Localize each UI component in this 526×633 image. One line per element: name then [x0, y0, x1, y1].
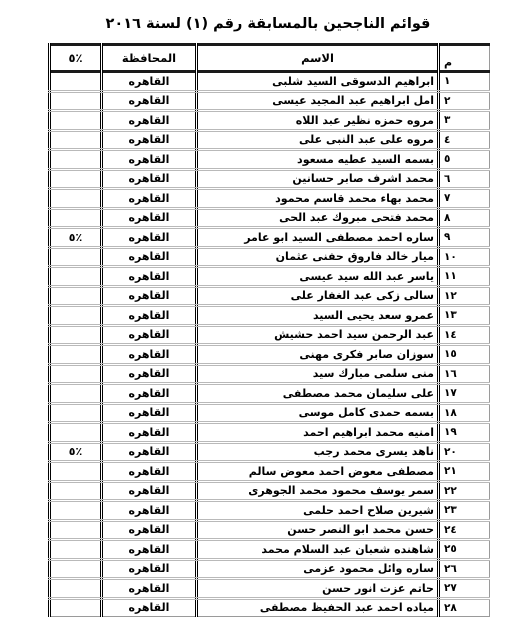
cell-name: بسمه حمدى كامل موسى — [197, 403, 439, 423]
cell-name: ابراهيم الدسوقى السيد شلبى — [197, 72, 439, 92]
header-number: م — [439, 45, 490, 72]
cell-name: ناهد يسرى محمد رجب — [197, 442, 439, 462]
cell-name: شيرين صلاح احمد حلمى — [197, 501, 439, 521]
header-percent: ٥٪ — [50, 45, 102, 72]
cell-governorate: القاهره — [102, 423, 197, 443]
cell-governorate: القاهره — [102, 540, 197, 560]
cell-percent — [50, 208, 102, 228]
cell-number: ٣ — [439, 111, 490, 131]
cell-percent — [50, 579, 102, 599]
table-row: ١٠ميار خالد فاروق حفنى عثمانالقاهره — [50, 247, 490, 267]
cell-name: سالى زكى عبد الغفار على — [197, 286, 439, 306]
cell-percent — [50, 462, 102, 482]
cell-name: منى سلمى مبارك سيد — [197, 364, 439, 384]
winners-table: م الاسم المحافظة ٥٪ ١ابراهيم الدسوقى الس… — [48, 43, 490, 617]
cell-name: بسمه السيد عطيه مسعود — [197, 150, 439, 170]
table-row: ٢١مصطفى معوض احمد معوض سالمالقاهره — [50, 462, 490, 482]
cell-governorate: القاهره — [102, 384, 197, 404]
cell-number: ١٤ — [439, 325, 490, 345]
cell-governorate: القاهره — [102, 364, 197, 384]
table-row: ٧محمد بهاء محمد قاسم محمودالقاهره — [50, 189, 490, 209]
table-row: ٢٦ساره وائل محمود عزمىالقاهره — [50, 559, 490, 579]
header-row: م الاسم المحافظة ٥٪ — [50, 45, 490, 72]
cell-governorate: القاهره — [102, 247, 197, 267]
cell-governorate: القاهره — [102, 189, 197, 209]
cell-number: ١٨ — [439, 403, 490, 423]
cell-name: محمد اشرف صابر حسانين — [197, 169, 439, 189]
cell-percent — [50, 150, 102, 170]
cell-number: ٢٤ — [439, 520, 490, 540]
page-title: قوائم الناجحين بالمسابقة رقم (١) لسنة ٢٠… — [48, 16, 488, 32]
cell-number: ١٦ — [439, 364, 490, 384]
table-row: ٨محمد فتحى مبروك عبد الحىالقاهره — [50, 208, 490, 228]
header-name: الاسم — [197, 45, 439, 72]
table-header: م الاسم المحافظة ٥٪ — [50, 45, 490, 72]
cell-governorate: القاهره — [102, 91, 197, 111]
cell-governorate: القاهره — [102, 442, 197, 462]
cell-governorate: القاهره — [102, 306, 197, 326]
table-row: ٢امل ابراهيم عبد المجيد عيسىالقاهره — [50, 91, 490, 111]
cell-name: محمد بهاء محمد قاسم محمود — [197, 189, 439, 209]
cell-name: عمرو سعد يحيى السيد — [197, 306, 439, 326]
cell-percent — [50, 72, 102, 92]
cell-name: محمد فتحى مبروك عبد الحى — [197, 208, 439, 228]
table-row: ١٦منى سلمى مبارك سيدالقاهره — [50, 364, 490, 384]
table-row: ٦محمد اشرف صابر حسانينالقاهره — [50, 169, 490, 189]
cell-governorate: القاهره — [102, 72, 197, 92]
cell-governorate: القاهره — [102, 345, 197, 365]
table-row: ٢٣شيرين صلاح احمد حلمىالقاهره — [50, 501, 490, 521]
cell-number: ١٣ — [439, 306, 490, 326]
cell-percent — [50, 267, 102, 287]
cell-percent — [50, 540, 102, 560]
cell-governorate: القاهره — [102, 150, 197, 170]
header-percent-label: ٥٪ — [68, 51, 82, 65]
cell-governorate: القاهره — [102, 481, 197, 501]
table-row: ١٨بسمه حمدى كامل موسىالقاهره — [50, 403, 490, 423]
cell-percent — [50, 91, 102, 111]
cell-percent — [50, 247, 102, 267]
table-row: ١٩امنيه محمد ابراهيم احمدالقاهره — [50, 423, 490, 443]
cell-percent: ٥٪ — [50, 442, 102, 462]
cell-governorate: القاهره — [102, 208, 197, 228]
cell-number: ١٧ — [439, 384, 490, 404]
document-page: قوائم الناجحين بالمسابقة رقم (١) لسنة ٢٠… — [0, 0, 526, 633]
cell-percent — [50, 481, 102, 501]
cell-name: سمر يوسف محمود محمد الجوهرى — [197, 481, 439, 501]
table-row: ٥بسمه السيد عطيه مسعودالقاهره — [50, 150, 490, 170]
cell-number: ٢١ — [439, 462, 490, 482]
cell-name: ميار خالد فاروق حفنى عثمان — [197, 247, 439, 267]
cell-number: ٦ — [439, 169, 490, 189]
cell-percent — [50, 598, 102, 617]
cell-name: ياسر عبد الله سيد عيسى — [197, 267, 439, 287]
cell-name: امنيه محمد ابراهيم احمد — [197, 423, 439, 443]
cell-name: مروه على عبد النبى على — [197, 130, 439, 150]
table-row: ١٤عبد الرحمن سيد احمد حشيشالقاهره — [50, 325, 490, 345]
cell-number: ٢٢ — [439, 481, 490, 501]
five-percent-mark: ٥٪ — [69, 445, 82, 458]
cell-percent — [50, 501, 102, 521]
table-row: ٢٠ناهد يسرى محمد رجبالقاهره٥٪ — [50, 442, 490, 462]
cell-number: ٥ — [439, 150, 490, 170]
cell-number: ٤ — [439, 130, 490, 150]
cell-percent — [50, 423, 102, 443]
cell-number: ٢٦ — [439, 559, 490, 579]
table-row: ١٣عمرو سعد يحيى السيدالقاهره — [50, 306, 490, 326]
cell-name: حاتم عزت انور حسن — [197, 579, 439, 599]
cell-number: ٧ — [439, 189, 490, 209]
cell-governorate: القاهره — [102, 111, 197, 131]
table-row: ٩ساره احمد مصطفى السيد ابو عامرالقاهره٥٪ — [50, 228, 490, 248]
cell-governorate: القاهره — [102, 228, 197, 248]
cell-percent — [50, 286, 102, 306]
table-row: ٢٢سمر يوسف محمود محمد الجوهرىالقاهره — [50, 481, 490, 501]
cell-percent — [50, 520, 102, 540]
cell-governorate: القاهره — [102, 286, 197, 306]
cell-name: مصطفى معوض احمد معوض سالم — [197, 462, 439, 482]
cell-governorate: القاهره — [102, 579, 197, 599]
cell-number: ٢ — [439, 91, 490, 111]
cell-name: على سليمان محمد مصطفى — [197, 384, 439, 404]
table-row: ١١ياسر عبد الله سيد عيسىالقاهره — [50, 267, 490, 287]
cell-name: شاهنده شعبان عبد السلام محمد — [197, 540, 439, 560]
cell-governorate: القاهره — [102, 325, 197, 345]
cell-name: ساره احمد مصطفى السيد ابو عامر — [197, 228, 439, 248]
cell-governorate: القاهره — [102, 559, 197, 579]
cell-number: ٨ — [439, 208, 490, 228]
cell-number: ١٢ — [439, 286, 490, 306]
table-row: ٢٥شاهنده شعبان عبد السلام محمدالقاهره — [50, 540, 490, 560]
cell-percent: ٥٪ — [50, 228, 102, 248]
cell-name: مياده احمد عبد الحفيظ مصطفى — [197, 598, 439, 617]
table-row: ٢٨مياده احمد عبد الحفيظ مصطفىالقاهره — [50, 598, 490, 617]
cell-governorate: القاهره — [102, 267, 197, 287]
cell-governorate: القاهره — [102, 403, 197, 423]
cell-percent — [50, 403, 102, 423]
cell-name: امل ابراهيم عبد المجيد عيسى — [197, 91, 439, 111]
table-row: ٤مروه على عبد النبى علىالقاهره — [50, 130, 490, 150]
cell-number: ١٥ — [439, 345, 490, 365]
table-row: ٢٧حاتم عزت انور حسنالقاهره — [50, 579, 490, 599]
five-percent-mark: ٥٪ — [69, 231, 82, 244]
cell-percent — [50, 111, 102, 131]
cell-governorate: القاهره — [102, 501, 197, 521]
cell-percent — [50, 325, 102, 345]
cell-name: مروه حمزه نظير عبد اللاه — [197, 111, 439, 131]
cell-number: ٢٠ — [439, 442, 490, 462]
cell-number: ٢٨ — [439, 598, 490, 617]
table-row: ١٥سوزان صابر فكرى مهنىالقاهره — [50, 345, 490, 365]
cell-percent — [50, 189, 102, 209]
table-row: ٣مروه حمزه نظير عبد اللاهالقاهره — [50, 111, 490, 131]
cell-name: عبد الرحمن سيد احمد حشيش — [197, 325, 439, 345]
cell-number: ٢٣ — [439, 501, 490, 521]
header-governorate: المحافظة — [102, 45, 197, 72]
cell-governorate: القاهره — [102, 462, 197, 482]
cell-number: ١٩ — [439, 423, 490, 443]
cell-number: ٢٥ — [439, 540, 490, 560]
table-row: ١٧على سليمان محمد مصطفىالقاهره — [50, 384, 490, 404]
cell-number: ٢٧ — [439, 579, 490, 599]
cell-percent — [50, 559, 102, 579]
table-row: ٢٤حسن محمد ابو النصر حسنالقاهره — [50, 520, 490, 540]
cell-number: ١٠ — [439, 247, 490, 267]
cell-name: حسن محمد ابو النصر حسن — [197, 520, 439, 540]
cell-governorate: القاهره — [102, 169, 197, 189]
cell-percent — [50, 364, 102, 384]
table-row: ١ابراهيم الدسوقى السيد شلبىالقاهره — [50, 72, 490, 92]
cell-name: ساره وائل محمود عزمى — [197, 559, 439, 579]
cell-governorate: القاهره — [102, 598, 197, 617]
cell-percent — [50, 130, 102, 150]
cell-percent — [50, 306, 102, 326]
table-body: ١ابراهيم الدسوقى السيد شلبىالقاهره٢امل ا… — [50, 72, 490, 617]
cell-number: ١١ — [439, 267, 490, 287]
cell-percent — [50, 169, 102, 189]
cell-number: ٩ — [439, 228, 490, 248]
cell-percent — [50, 345, 102, 365]
cell-governorate: القاهره — [102, 130, 197, 150]
table-row: ١٢سالى زكى عبد الغفار علىالقاهره — [50, 286, 490, 306]
cell-name: سوزان صابر فكرى مهنى — [197, 345, 439, 365]
cell-number: ١ — [439, 72, 490, 92]
cell-percent — [50, 384, 102, 404]
cell-governorate: القاهره — [102, 520, 197, 540]
